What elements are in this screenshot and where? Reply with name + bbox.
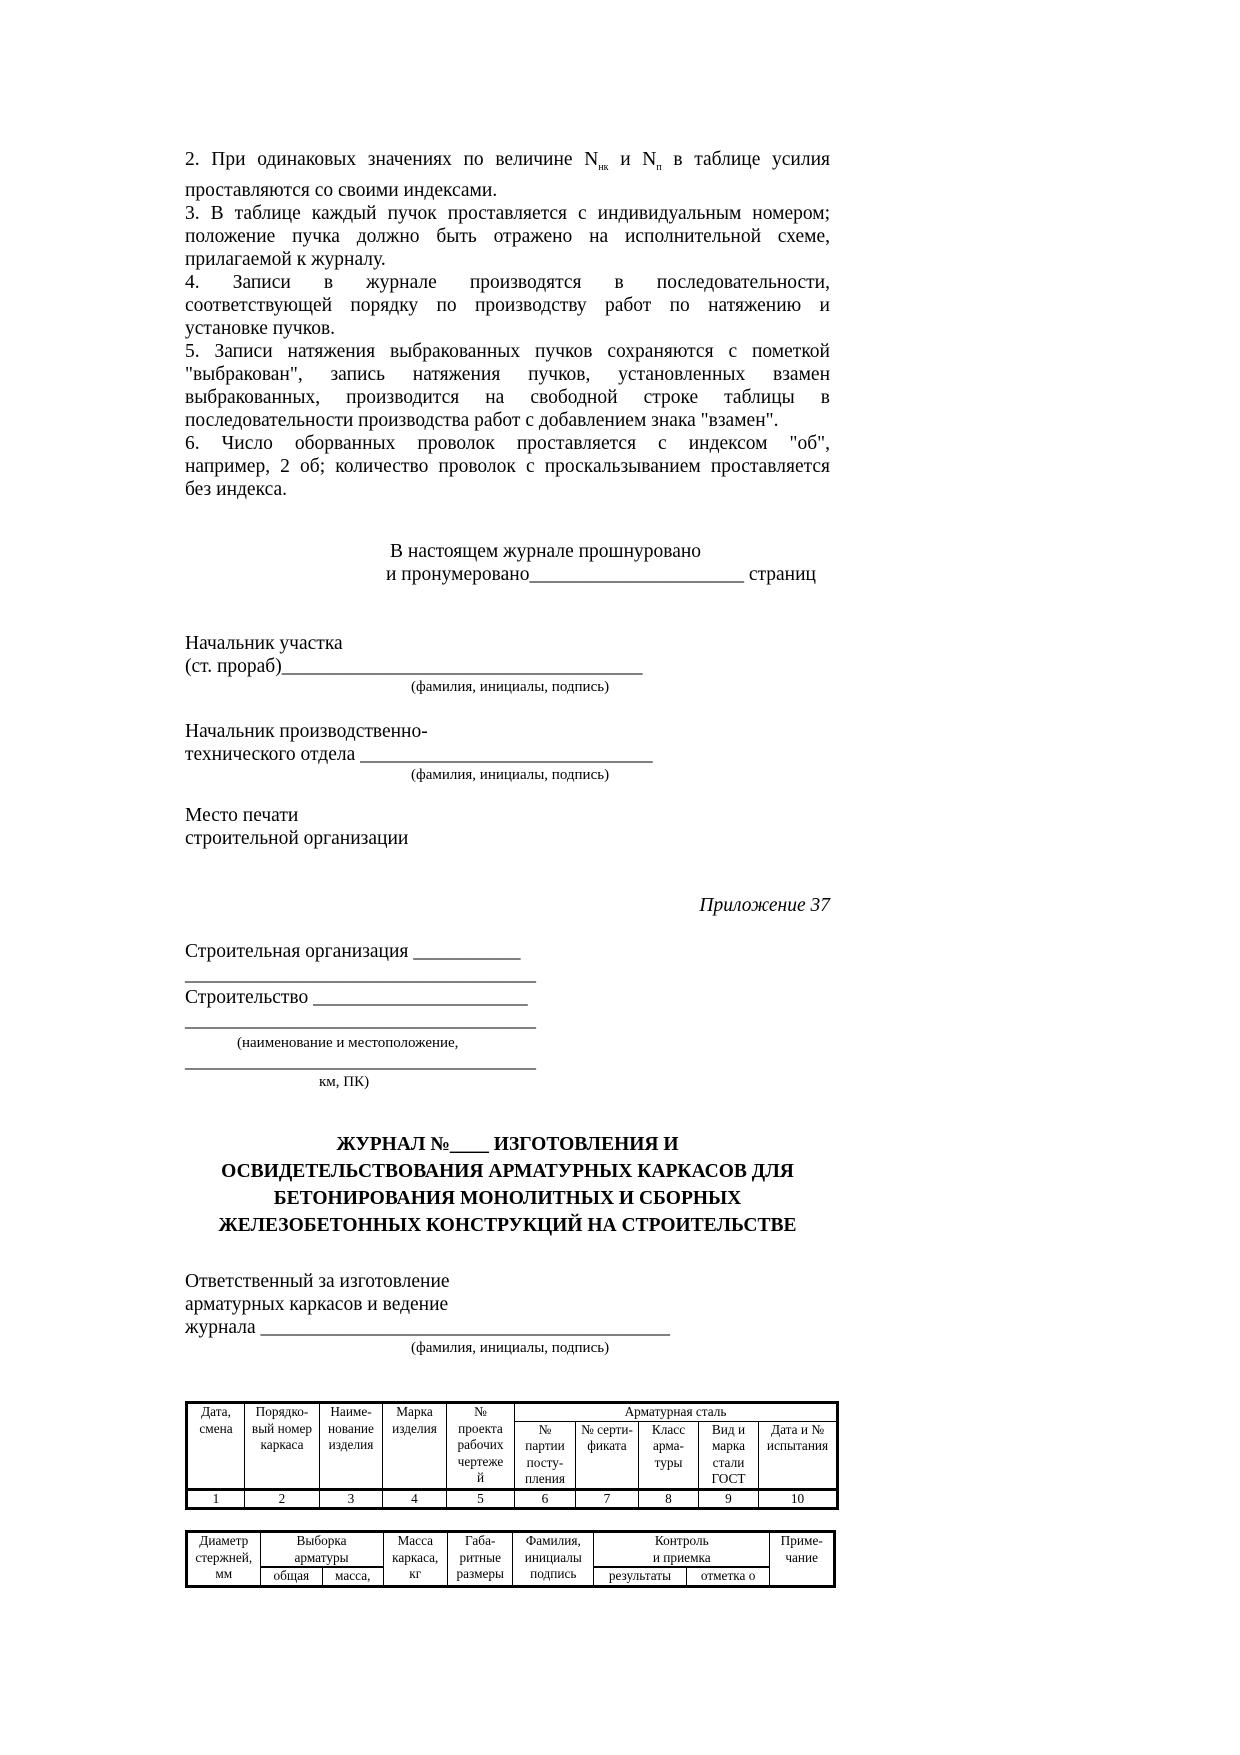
header-bar-diameter: Диаметрстержней,мм	[187, 1532, 261, 1587]
binding-statement: В настоящем журнале прошнуровано и прону…	[386, 540, 836, 586]
header-seq-number: Порядко-вый номеркаркаса	[245, 1403, 320, 1490]
responsible-line-1: Ответственный за изготовление	[185, 1270, 835, 1293]
responsible-line-3: журнала ________________________________…	[185, 1316, 835, 1339]
note-3-line-3: прилагаемой к журналу.	[185, 248, 830, 271]
column-number: 1	[187, 1489, 245, 1509]
org-line: Строительная организация ___________	[185, 940, 585, 963]
note-5-line-4: последовательности производства работ с …	[185, 409, 830, 432]
note-5-line-2: "выбракован", запись натяжения пучков, у…	[185, 363, 830, 386]
frames-table-part-1: Дата,смена Порядко-вый номеркаркаса Наим…	[185, 1401, 839, 1510]
header-remark: Приме-чание	[770, 1532, 835, 1587]
pto-head-signature-line: технического отдела ____________________…	[185, 743, 835, 766]
note-6-line-2: например, 2 об; количество проволок с пр…	[185, 455, 830, 478]
notes-section: 2. При одинаковых значениях по величине …	[185, 148, 830, 501]
section-head-label: Начальник участка	[185, 632, 835, 655]
column-number: 6	[515, 1489, 576, 1509]
header-date: Дата,смена	[187, 1403, 245, 1490]
binding-line-1: В настоящем журнале прошнуровано	[386, 540, 836, 563]
header-reinforcing-steel: Арматурная сталь	[515, 1403, 838, 1422]
column-number: 9	[699, 1489, 759, 1509]
header-control-acceptance: Контрольи приемка	[594, 1532, 770, 1568]
organization-block: Строительная организация ___________ ___…	[185, 940, 585, 1091]
header-batch-number: №партиипосту-пления	[515, 1421, 576, 1489]
org-rule-2: ____________________________________	[185, 1009, 585, 1032]
org-rule-1: ____________________________________	[185, 963, 585, 986]
header-sample-mass: масса,	[323, 1567, 383, 1586]
construction-line: Строительство ______________________	[185, 986, 585, 1009]
km-caption: км, ПК)	[185, 1073, 585, 1091]
pto-head-caption: (фамилия, инициалы, подпись)	[185, 766, 835, 784]
journal-title-line-2: ОСВИДЕТЕЛЬСТВОВАНИЯ АРМАТУРНЫХ КАРКАСОВ …	[185, 1158, 830, 1185]
section-head-caption: (фамилия, инициалы, подпись)	[185, 678, 835, 696]
header-sample-total: общая	[260, 1567, 322, 1586]
header-control-mark: отметка о	[686, 1567, 770, 1586]
org-rule-3: ____________________________________	[185, 1050, 585, 1073]
note-3-line-1: 3. В таблице каждый пучок проставляется …	[185, 202, 830, 225]
header-certificate-number: № серти-фиката	[576, 1421, 639, 1489]
note-5-line-1: 5. Записи натяжения выбракованных пучков…	[185, 340, 830, 363]
responsible-caption: (фамилия, инициалы, подпись)	[185, 1339, 835, 1357]
pto-head-signature: Начальник производственно- технического …	[185, 720, 835, 784]
journal-title-line-1: ЖУРНАЛ №____ ИЗГОТОВЛЕНИЯ И	[185, 1131, 830, 1158]
note-6-line-3: без индекса.	[185, 478, 830, 501]
note-4-line-3: установке пучков.	[185, 317, 830, 340]
journal-title-line-3: БЕТОНИРОВАНИЯ МОНОЛИТНЫХ И СБОРНЫХ	[185, 1185, 830, 1212]
header-dimensions: Габа-ритныеразмеры	[447, 1532, 513, 1587]
column-number: 4	[383, 1489, 447, 1509]
header-item-mark: Маркаизделия	[383, 1403, 447, 1490]
journal-title-line-4: ЖЕЛЕЗОБЕТОННЫХ КОНСТРУКЦИЙ НА СТРОИТЕЛЬС…	[185, 1212, 830, 1239]
header-project-number: №проектарабочихчертежей	[447, 1403, 515, 1490]
note-4-line-1: 4. Записи в журнале производятся в после…	[185, 271, 830, 294]
header-signer: Фамилия,инициалыподпись	[513, 1532, 594, 1587]
appendix-label: Приложение 37	[600, 894, 830, 917]
section-head-signature-line: (ст. прораб)____________________________…	[185, 655, 835, 678]
header-steel-grade: Вид имаркасталиГОСТ	[699, 1421, 759, 1489]
column-number: 3	[320, 1489, 383, 1509]
note-5-line-3: выбракованных, производится на свободной…	[185, 386, 830, 409]
pto-head-label: Начальник производственно-	[185, 720, 835, 743]
column-numbers-row: 1 2 3 4 5 6 7 8 9 10	[187, 1489, 838, 1509]
binding-line-2: и пронумеровано______________________ ст…	[386, 563, 836, 586]
note-2-line-1: 2. При одинаковых значениях по величине …	[185, 148, 830, 179]
header-frame-mass: Массакаркаса,кг	[383, 1532, 447, 1587]
note-2-line-2: проставляются со своими индексами.	[185, 179, 830, 202]
frames-table-part-2: Диаметрстержней,мм Выборкаарматуры Масса…	[185, 1530, 836, 1588]
column-number: 7	[576, 1489, 639, 1509]
note-4-line-2: соответствующей порядку по производству …	[185, 294, 830, 317]
stamp-place: Место печати строительной организации	[185, 804, 835, 850]
header-test-date: Дата и №испытания	[759, 1421, 838, 1489]
note-6-line-1: 6. Число оборванных проволок проставляет…	[185, 432, 830, 455]
column-number: 8	[639, 1489, 699, 1509]
column-number: 10	[759, 1489, 838, 1509]
header-control-results: результаты	[594, 1567, 687, 1586]
responsible-line-2: арматурных каркасов и ведение	[185, 1293, 835, 1316]
header-item-name: Наиме-нованиеизделия	[320, 1403, 383, 1490]
journal-title: ЖУРНАЛ №____ ИЗГОТОВЛЕНИЯ И ОСВИДЕТЕЛЬСТ…	[185, 1131, 830, 1239]
column-number: 2	[245, 1489, 320, 1509]
header-reinforcement-sample: Выборкаарматуры	[260, 1532, 383, 1568]
stamp-line-2: строительной организации	[185, 827, 835, 850]
note-3-line-2: положение пучка должно быть отражено на …	[185, 225, 830, 248]
section-head-signature: Начальник участка (ст. прораб)__________…	[185, 632, 835, 696]
stamp-line-1: Место печати	[185, 804, 835, 827]
column-number: 5	[447, 1489, 515, 1509]
responsible-person: Ответственный за изготовление арматурных…	[185, 1270, 835, 1357]
header-reinforcement-class: Классарма-туры	[639, 1421, 699, 1489]
